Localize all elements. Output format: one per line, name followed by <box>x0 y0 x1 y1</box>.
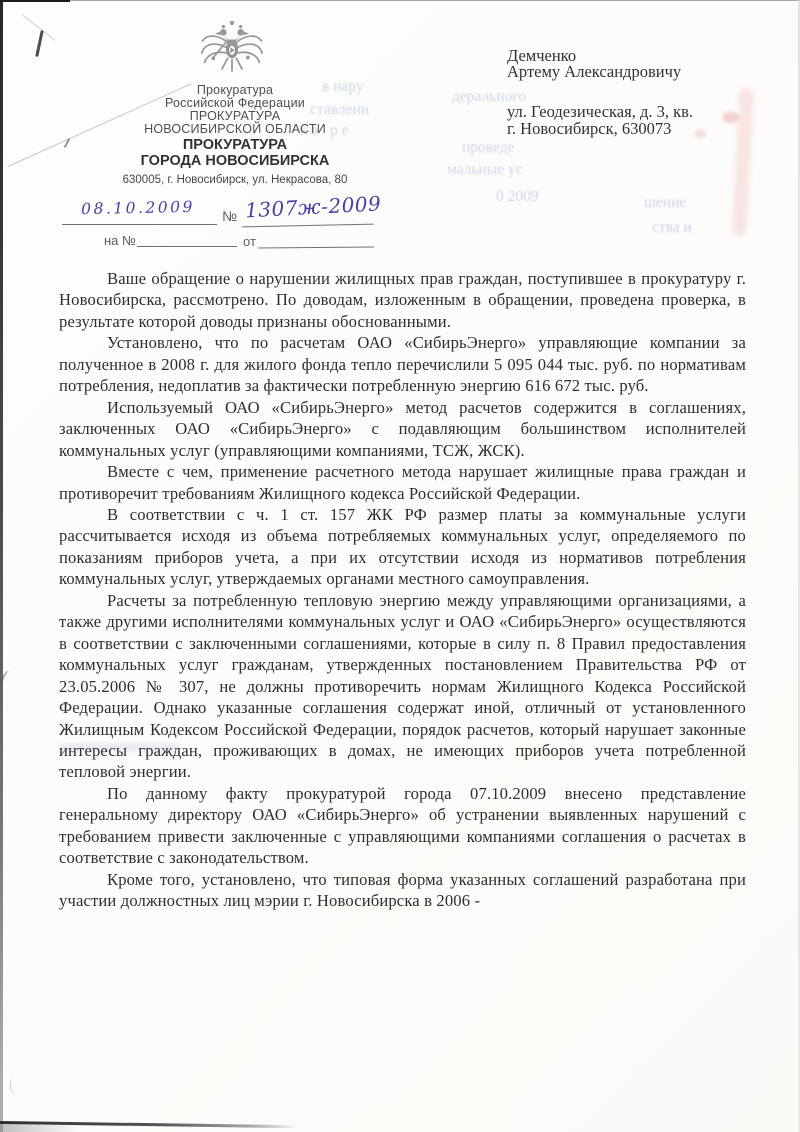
letterhead-address: 630005, г. Новосибирск, ул. Некрасова, 8… <box>80 174 390 187</box>
ghost-text: 0 2009 <box>496 188 539 206</box>
red-ink-spot <box>695 129 706 138</box>
reply-to-label: на № <box>104 233 136 248</box>
from-date-blank-line <box>258 246 374 248</box>
body-paragraph: В соответствии с ч. 1 ст. 157 ЖК РФ разм… <box>59 504 746 590</box>
ghost-text: проведе <box>462 139 514 157</box>
scan-edge-top <box>0 0 800 1</box>
handwritten-date: 08.10.2009 <box>62 197 214 218</box>
recipient-block: Демченко Артему Александровичу ул. Геоде… <box>507 48 693 137</box>
scan-edge-left <box>0 0 3 1132</box>
recipient-city: г. Новосибирск, 630073 <box>507 120 693 137</box>
red-ink-smudge <box>732 88 754 237</box>
staple-mark <box>35 30 43 57</box>
scan-edge-top-corner <box>0 0 70 2</box>
ghost-text: мальные ус <box>447 161 523 179</box>
scan-edge-bottom-shadow <box>0 1124 80 1132</box>
ghost-text: шение <box>644 194 686 212</box>
number-label: № <box>222 208 237 224</box>
letterhead: Прокуратура Российской Федерации ПРОКУРА… <box>80 84 390 187</box>
date-blank-line <box>62 224 217 225</box>
letterhead-org-name: ПРОКУРАТУРА <box>80 138 390 154</box>
recipient-street: ул. Геодезическая, д. 3, кв. <box>507 103 693 120</box>
margin-pen-mark <box>8 1077 20 1095</box>
scanned-letter-page: { "letterhead": { "emblem": "russian-coa… <box>0 0 800 1132</box>
letter-body: Ваше обращение о нарушении жилищных прав… <box>59 268 746 912</box>
body-paragraph: Установлено, что по расчетам ОАО «Сибирь… <box>59 332 746 396</box>
number-blank-line <box>242 224 374 228</box>
recipient-name: Артему Александровичу <box>507 64 693 80</box>
handwritten-outgoing-number: 1307ж-2009 <box>244 192 377 223</box>
from-date-label: от <box>243 234 256 249</box>
body-paragraph: По данному факту прокуратурой города 07.… <box>59 783 746 869</box>
paper-sheet: в нару ставлени ка ре дерального проведе… <box>0 0 800 1132</box>
red-ink-spot <box>722 112 739 123</box>
body-paragraph: Расчеты за потребленную тепловую энергию… <box>59 590 746 783</box>
ghost-text: ства и <box>652 219 692 237</box>
letterhead-org-name: ГОРОДА НОВОСИБИРСКА <box>80 154 390 170</box>
letterhead-line: НОВОСИБИРСКОЙ ОБЛАСТИ <box>80 123 390 136</box>
body-paragraph: Кроме того, установлено, что типовая фор… <box>59 869 746 912</box>
body-paragraph: Вместе с чем, применение расчетного мето… <box>59 461 746 504</box>
reply-number-blank-line <box>137 246 237 247</box>
body-paragraph: Используемый ОАО «СибирьЭнерго» метод ра… <box>59 397 746 461</box>
body-paragraph: Ваше обращение о нарушении жилищных прав… <box>59 268 746 332</box>
coat-of-arms-eagle-icon <box>196 15 268 87</box>
